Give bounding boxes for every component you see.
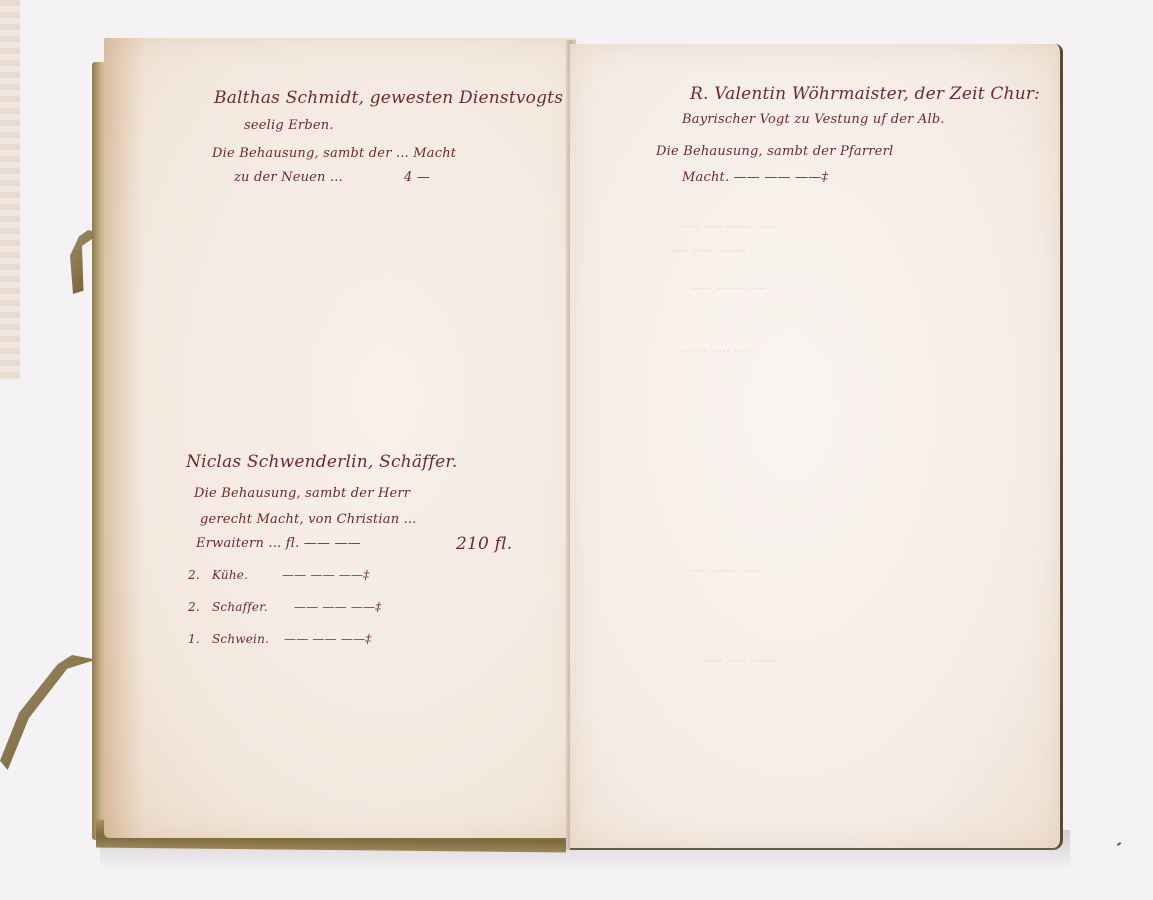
item-label: Kühe. — [212, 568, 248, 582]
entry-2-line4: Erwaitern ... fl. —— —— — [196, 536, 361, 551]
bleed-through-text: ····· ······· ······ — [690, 282, 766, 296]
entry-3-line2: Bayrischer Vogt zu Vestung uf der Alb. — [682, 112, 945, 127]
entry-2-name: Niclas Schwenderlin, Schäffer. — [186, 452, 457, 472]
bleed-through-text: ······ ····· ······· — [680, 344, 756, 358]
item-mark: —— —— ——‡ — [282, 568, 369, 582]
entry-2-line3: gerecht Macht, von Christian ... — [200, 512, 417, 527]
entry-3-name: R. Valentin Wöhrmaister, der Zeit Chur: — [690, 84, 1040, 104]
right-page: R. Valentin Wöhrmaister, der Zeit Chur: … — [570, 44, 1063, 850]
item-qty: 2. — [188, 568, 200, 582]
entry-1-line4: zu der Neuen ... — [234, 170, 343, 185]
bleed-through-text: ····· ······ ····· — [690, 564, 759, 578]
ink-speck — [1117, 842, 1121, 846]
item-label: Schaffer. — [212, 600, 268, 614]
left-page: Balthas Schmidt, gewesten Dienstvogts se… — [104, 38, 576, 838]
bleed-through-text: ······· ····· ······ — [700, 654, 776, 668]
open-manuscript-book: Balthas Schmidt, gewesten Dienstvogts se… — [0, 0, 1153, 900]
entry-1-mark: 4 — — [404, 170, 430, 185]
entry-3-line3: Die Behausung, sambt der Pfarrerl — [656, 144, 893, 159]
bleed-through-text: ····· ······· ····· ····· — [680, 220, 775, 234]
entry-2-line2: Die Behausung, sambt der Herr — [194, 486, 410, 501]
item-mark: —— —— ——‡ — [284, 632, 371, 646]
item-mark: —— —— ——‡ — [294, 600, 381, 614]
item-qty: 2. — [188, 600, 200, 614]
entry-3-line4: Macht. —— —— ——‡ — [682, 170, 828, 185]
entry-1-line2: seelig Erben. — [244, 118, 334, 133]
entry-2-amount: 210 fl. — [456, 534, 512, 554]
entry-1-line3: Die Behausung, sambt der ... Macht — [212, 146, 456, 161]
item-qty: 1. — [188, 632, 200, 646]
item-label: Schwein. — [212, 632, 269, 646]
entry-1-name: Balthas Schmidt, gewesten Dienstvogts — [214, 88, 563, 108]
bookmark-ribbon-bottom — [0, 655, 96, 770]
bleed-through-text: ······· ······ ····· — [670, 244, 746, 258]
